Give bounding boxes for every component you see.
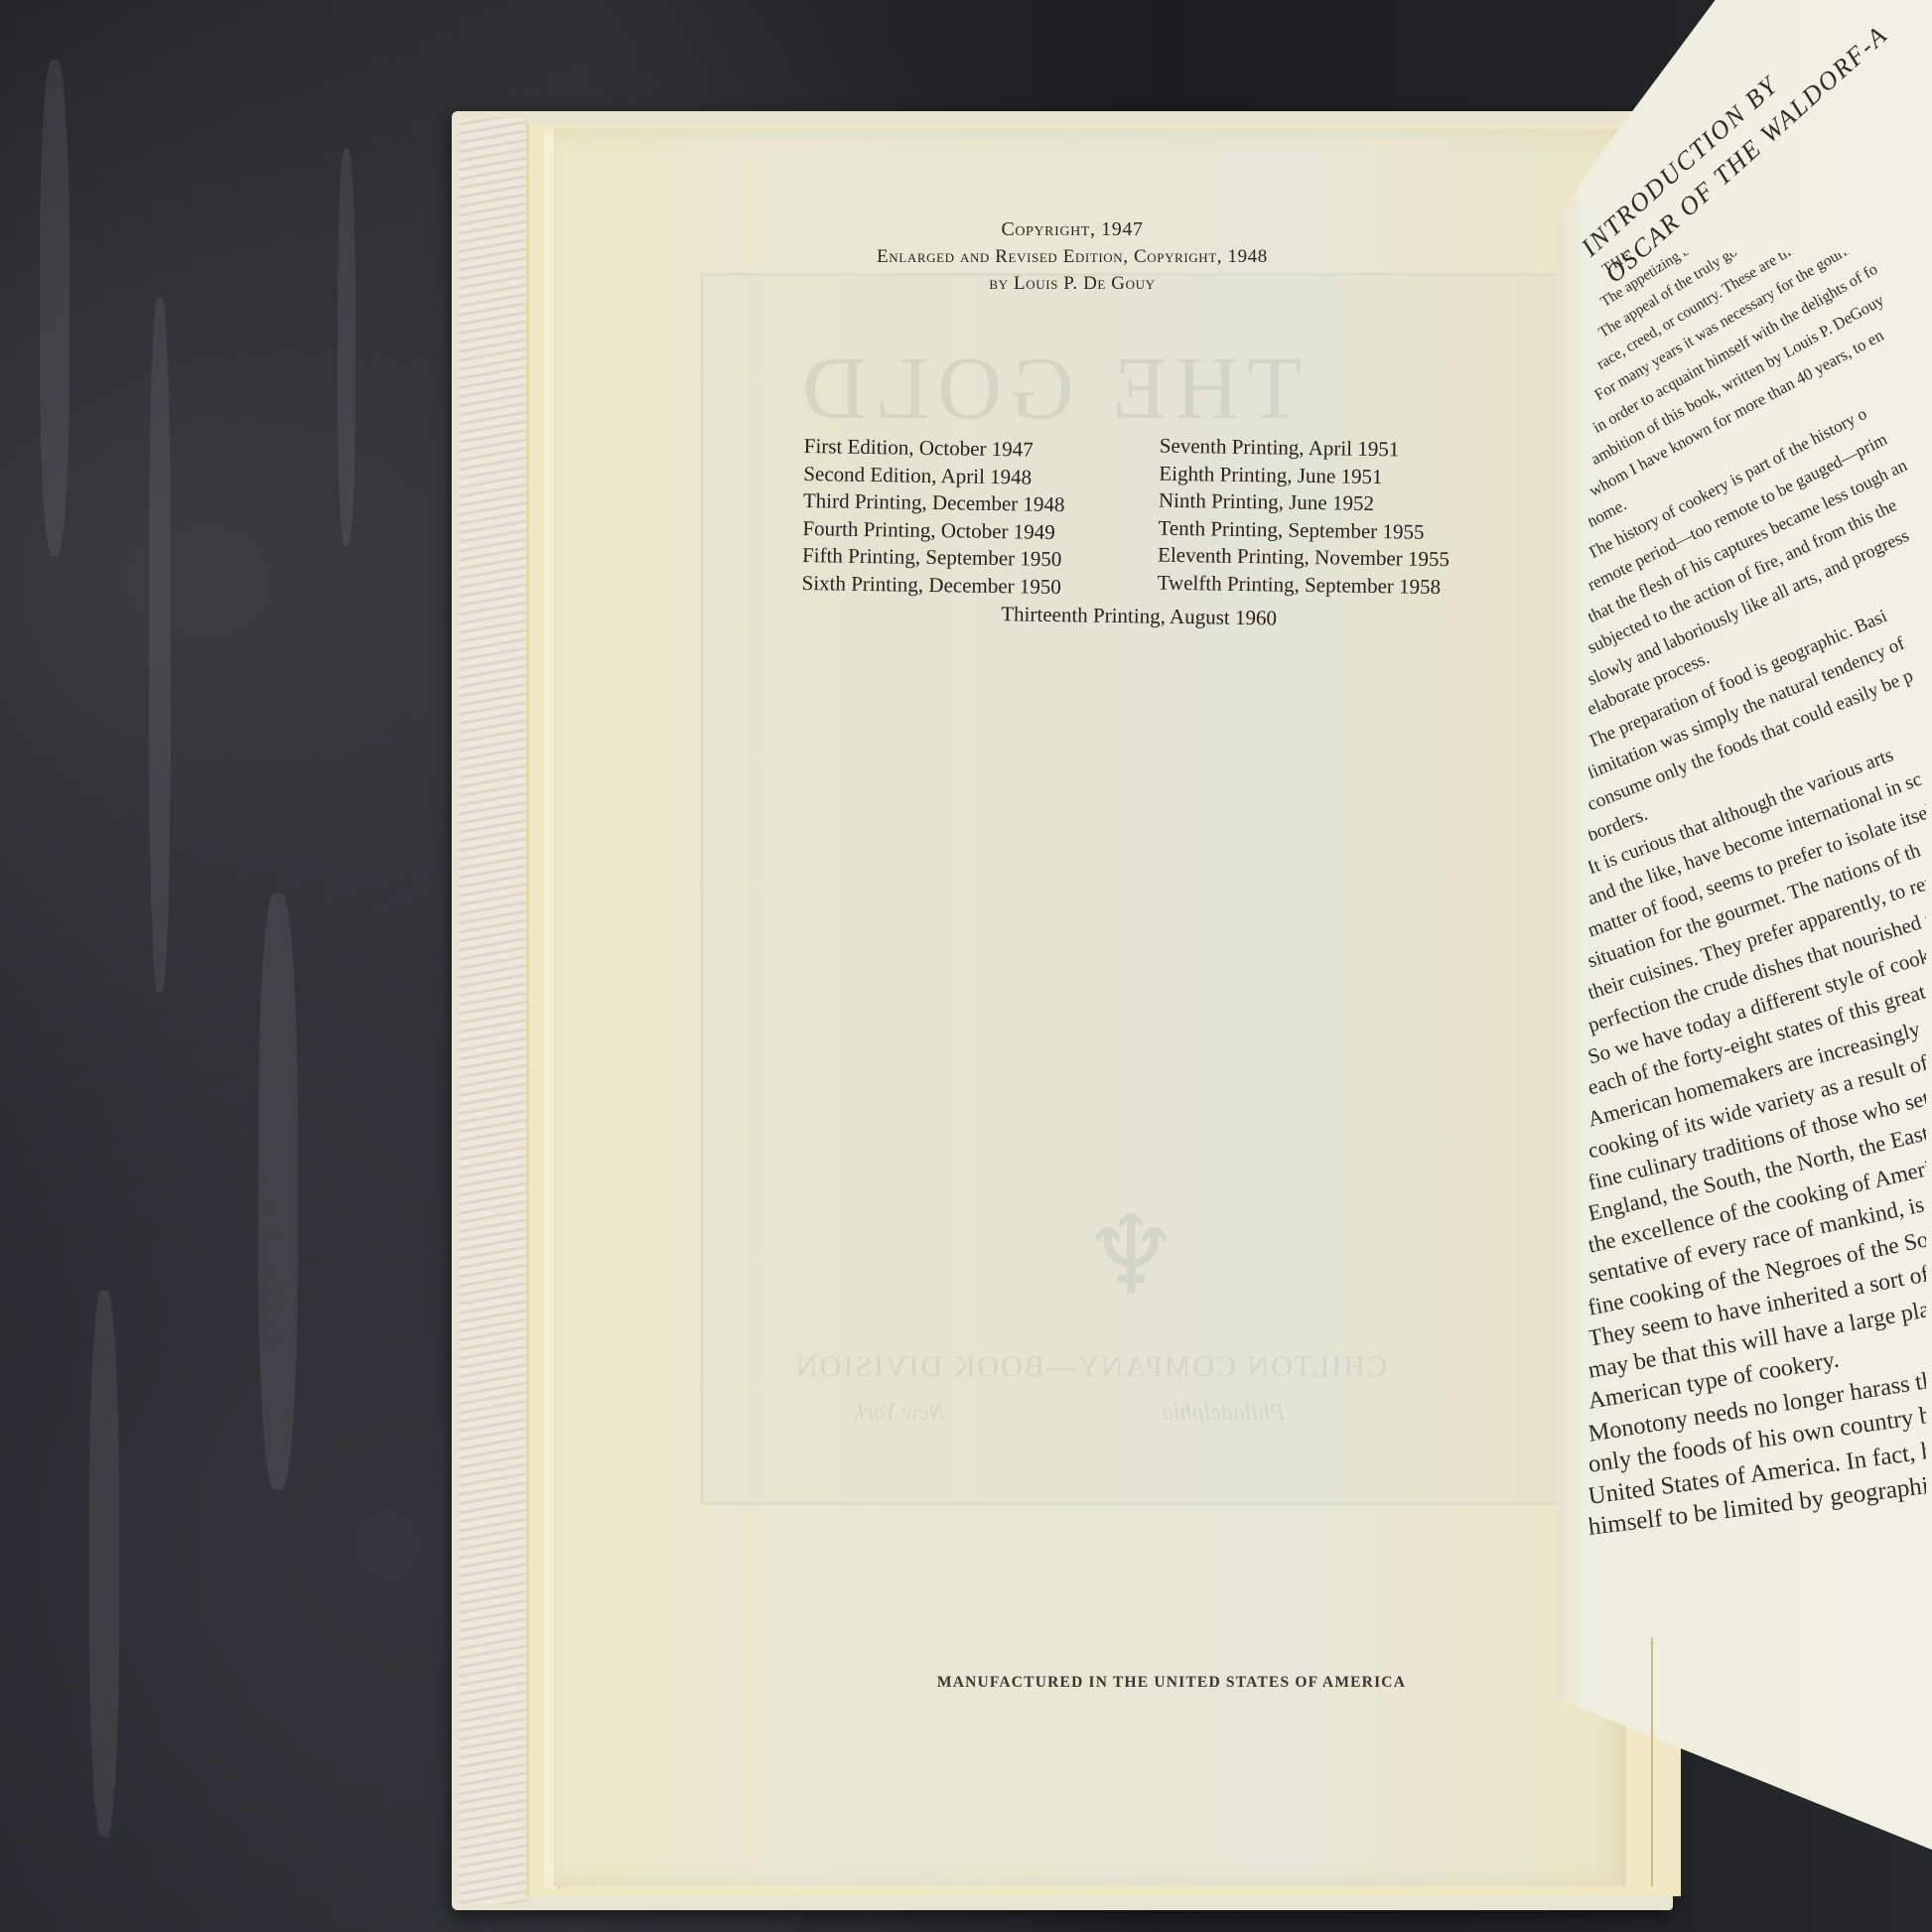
introduction-body: THE TASTY SAVORINESS OF FINE FOOD, PRThe… xyxy=(1588,253,1926,1584)
fabric-highlight xyxy=(258,894,298,1489)
manufactured-notice: MANUFACTURED IN THE UNITED STATES OF AME… xyxy=(864,1674,1479,1692)
fabric-highlight xyxy=(40,60,69,556)
printing-entry: Fourth Printing, October 1949 xyxy=(802,515,1064,547)
bleed-through-title: THE GOLD xyxy=(794,338,1302,440)
printing-entry: Twelfth Printing, September 1958 xyxy=(1157,570,1449,602)
bleed-through-city-left: Philadelphia xyxy=(1162,1400,1285,1427)
cover-textured-edge xyxy=(459,117,528,1904)
bleed-through-emblem-icon: ♆ xyxy=(1082,1191,1180,1319)
printing-entry: Third Printing, December 1948 xyxy=(803,487,1065,519)
copyright-line-2: Enlarged and Revised Edition, Copyright,… xyxy=(695,243,1449,270)
page-gutter xyxy=(1651,1638,1653,1886)
copyright-notice: Copyright, 1947 Enlarged and Revised Edi… xyxy=(695,216,1449,297)
bleed-through-city-right: New York xyxy=(854,1400,945,1427)
printing-entry: First Edition, October 1947 xyxy=(804,433,1066,465)
printing-history-left-column: First Edition, October 1947 Second Editi… xyxy=(801,433,1065,602)
copyright-line-3: by Louis P. De Gouy xyxy=(695,270,1449,297)
printing-entry: Sixth Printing, December 1950 xyxy=(801,570,1063,602)
fabric-highlight xyxy=(338,149,355,546)
copyright-line-1: Copyright, 1947 xyxy=(695,216,1449,243)
printing-entry: Second Edition, April 1948 xyxy=(803,461,1065,492)
bleed-through-publisher: CHILTON COMPANY—BOOK DIVISION xyxy=(794,1350,1387,1384)
printing-history-right-column: Seventh Printing, April 1951 Eighth Prin… xyxy=(1157,433,1451,602)
printing-entry: Ninth Printing, June 1952 xyxy=(1159,487,1450,519)
printing-entry: Seventh Printing, April 1951 xyxy=(1160,433,1451,465)
printing-entry: Fifth Printing, September 1950 xyxy=(802,542,1064,574)
fabric-highlight xyxy=(149,298,171,993)
fabric-highlight xyxy=(89,1291,119,1837)
